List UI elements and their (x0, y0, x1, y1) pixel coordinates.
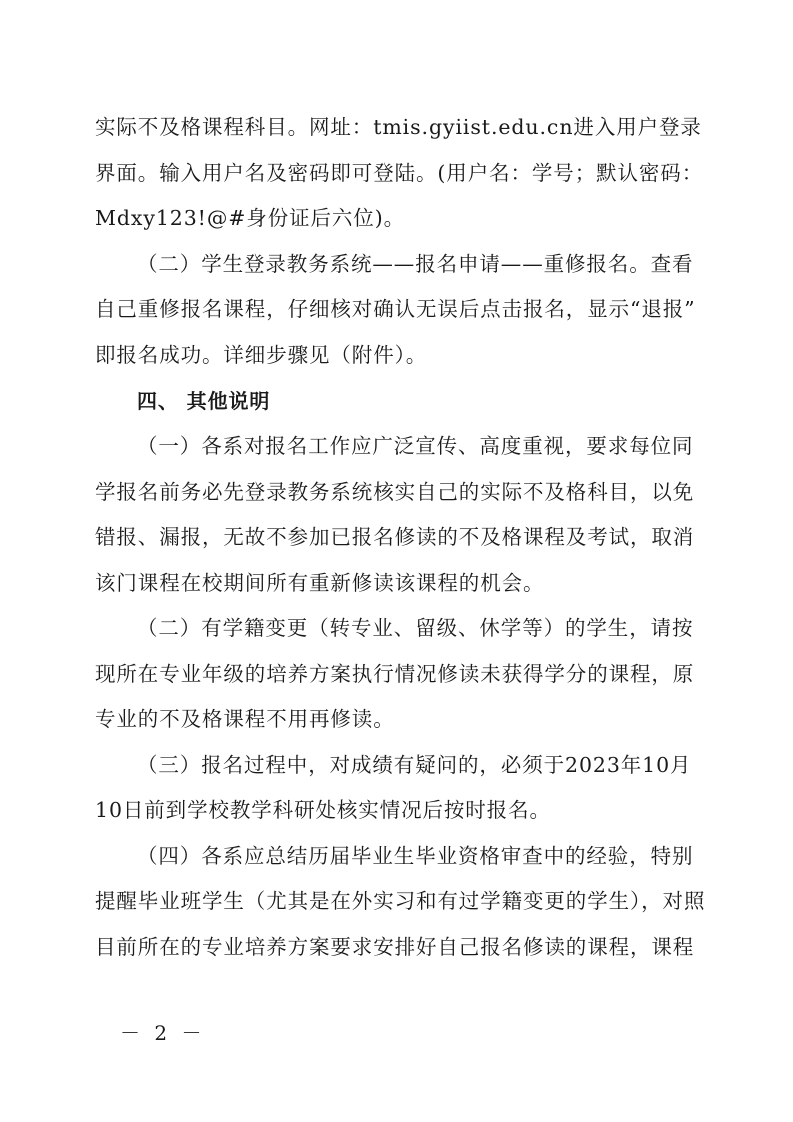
paragraph-start: （一）各系对报名工作应广泛宣传、高度重视，要求每位同 (137, 433, 757, 459)
paragraph-start: （四）各系应总结历届毕业生毕业资格审查中的经验，特别 (137, 843, 757, 869)
body-text-line: 专业的不及格课程不用再修读。 (95, 706, 715, 732)
body-text-line: 提醒毕业班学生（尤其是在外实习和有过学籍变更的学生），对照 (95, 888, 715, 914)
body-text-line: 10日前到学校教学科研处核实情况后按时报名。 (95, 797, 715, 823)
body-text-line: 现所在专业年级的培养方案执行情况修读未获得学分的课程，原 (95, 661, 715, 687)
page-number: － 2 － (120, 1017, 205, 1046)
paragraph-start: （二）有学籍变更（转专业、留级、休学等）的学生，请按 (137, 615, 757, 641)
body-text-line: 即报名成功。详细步骤见（附件）。 (95, 342, 715, 368)
body-text-line: 学报名前务必先登录教务系统核实自己的实际不及格科目，以免 (95, 479, 715, 505)
body-text-line: 该门课程在校期间所有重新修读该课程的机会。 (95, 570, 715, 596)
body-text-line: 实际不及格课程科目。网址：tmis.gyiist.edu.cn进入用户登录 (95, 114, 715, 140)
body-text-line: 目前所在的专业培养方案要求安排好自己报名修读的课程，课程 (95, 934, 715, 960)
section-heading: 四、 其他说明 (137, 388, 757, 414)
paragraph-start: （三）报名过程中，对成绩有疑问的，必须于2023年10月 (137, 752, 757, 778)
body-text-line: 界面。输入用户名及密码即可登陆。(用户名：学号；默认密码： (95, 160, 715, 186)
body-text-line: 自己重修报名课程，仔细核对确认无误后点击报名，显示“退报” (95, 296, 715, 322)
paragraph-start: （二）学生登录教务系统——报名申请——重修报名。查看 (137, 251, 757, 277)
body-text-line: 错报、漏报，无故不参加已报名修读的不及格课程及考试，取消 (95, 524, 715, 550)
body-text-line: Mdxy123!@#身份证后六位)。 (95, 205, 715, 231)
